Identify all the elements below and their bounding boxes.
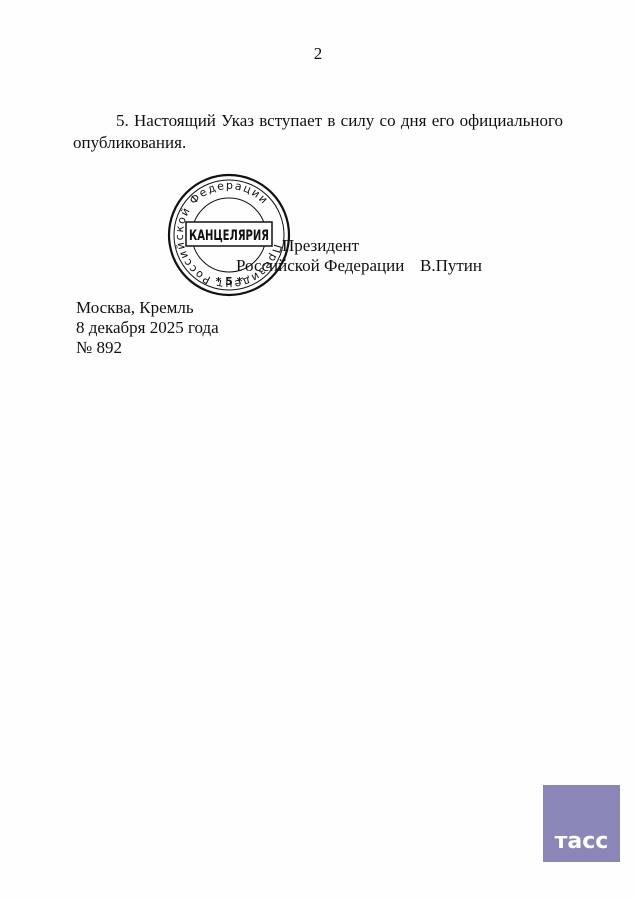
date: 8 декабря 2025 года: [76, 318, 219, 338]
place: Москва, Кремль: [76, 298, 219, 318]
page-number: 2: [0, 44, 636, 64]
svg-text:КАНЦЕЛЯРИЯ: КАНЦЕЛЯРИЯ: [189, 228, 269, 244]
decree-paragraph: 5. Настоящий Указ вступает в силу со дня…: [73, 110, 563, 154]
decree-number: № 892: [76, 338, 219, 358]
signature-title-line1: Президент: [282, 236, 359, 256]
tass-logo: тасс: [543, 785, 620, 862]
official-seal-icon: Президент Российской Федерации КАНЦЕЛЯРИ…: [164, 172, 294, 298]
paragraph-text: 5. Настоящий Указ вступает в силу со дня…: [73, 111, 563, 152]
place-date-block: Москва, Кремль 8 декабря 2025 года № 892: [76, 298, 219, 358]
svg-text:* 5 *: * 5 *: [216, 275, 243, 288]
signature-name: В.Путин: [420, 256, 482, 276]
signature-title-line2: Российской Федерации: [236, 256, 404, 276]
